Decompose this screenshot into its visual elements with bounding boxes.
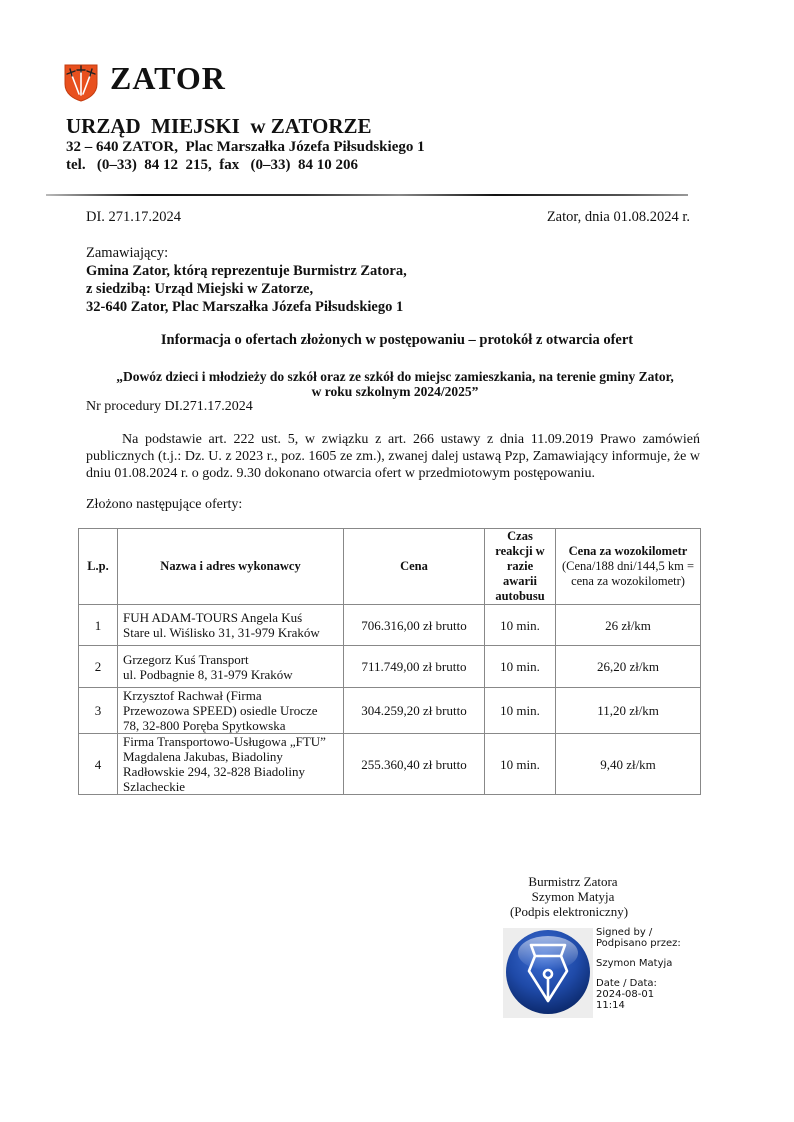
table-row: 1FUH ADAM-TOURS Angela KuśStare ul. Wiśl… bbox=[79, 605, 701, 646]
contractor-line: ul. Podbagnie 8, 31-979 Kraków bbox=[123, 667, 338, 682]
cell-contractor: Grzegorz Kuś Transportul. Podbagnie 8, 3… bbox=[118, 646, 344, 688]
contractor-line: Szlacheckie bbox=[123, 779, 338, 794]
office-phone: tel. (0–33) 84 12 215, fax (0–33) 84 10 … bbox=[66, 156, 358, 174]
header-price: Cena bbox=[344, 529, 485, 605]
paragraph-text: Na podstawie art. 222 ust. 5, w związku … bbox=[86, 431, 700, 482]
place-date: Zator, dnia 01.08.2024 r. bbox=[547, 209, 690, 226]
signed-by-label: Podpisano przez: bbox=[596, 938, 681, 949]
contractor-line: Krzysztof Rachwał (Firma bbox=[123, 688, 338, 703]
cell-price: 255.360,40 zł brutto bbox=[344, 734, 485, 795]
coat-of-arms-icon bbox=[64, 64, 98, 102]
signature-time: 11:14 bbox=[596, 1000, 681, 1011]
offers-submitted-label: Złożono następujące oferty: bbox=[86, 497, 242, 513]
buyer-block: Zamawiający: Gmina Zator, którą reprezen… bbox=[86, 244, 407, 316]
contractor-line: Grzegorz Kuś Transport bbox=[123, 652, 338, 667]
table-header-row: L.p. Nazwa i adres wykonawcy Cena Czas r… bbox=[79, 529, 701, 605]
header-price-per-km: Cena za wozokilometr (Cena/188 dni/144,5… bbox=[556, 529, 701, 605]
cell-price: 706.316,00 zł brutto bbox=[344, 605, 485, 646]
contractor-line: Przewozowa SPEED) osiedle Urocze bbox=[123, 703, 338, 718]
cell-reaction-time: 10 min. bbox=[485, 605, 556, 646]
cell-contractor: Firma Transportowo-Usługowa „FTU”Magdale… bbox=[118, 734, 344, 795]
signer-role: Burmistrz Zatora bbox=[508, 874, 638, 889]
offers-table: L.p. Nazwa i adres wykonawcy Cena Czas r… bbox=[78, 528, 701, 795]
cell-contractor: Krzysztof Rachwał (FirmaPrzewozowa SPEED… bbox=[118, 688, 344, 734]
contractor-line: FUH ADAM-TOURS Angela Kuś bbox=[123, 610, 338, 625]
buyer-line: z siedzibą: Urząd Miejski w Zatorze, bbox=[86, 280, 407, 298]
per-km-title: Cena za wozokilometr bbox=[569, 544, 688, 558]
date-label: Date / Data: bbox=[596, 978, 681, 989]
subject-line: „Dowóz dzieci i młodzieży do szkół oraz … bbox=[80, 369, 710, 384]
signature-date: 2024-08-01 bbox=[596, 989, 681, 1000]
contractor-line: Magdalena Jakubas, Biadoliny bbox=[123, 749, 338, 764]
reference-number: DI. 271.17.2024 bbox=[86, 209, 181, 226]
signature-note: (Podpis elektroniczny) bbox=[500, 904, 638, 919]
header-lp: L.p. bbox=[79, 529, 118, 605]
cell-price-per-km: 26 zł/km bbox=[556, 605, 701, 646]
contractor-line: Firma Transportowo-Usługowa „FTU” bbox=[123, 734, 338, 749]
header-contractor: Nazwa i adres wykonawcy bbox=[118, 529, 344, 605]
signature-details: Signed by / Podpisano przez: Szymon Maty… bbox=[596, 927, 681, 1011]
procedure-number: Nr procedury DI.271.17.2024 bbox=[86, 399, 253, 415]
signer-name: Szymon Matyja bbox=[508, 889, 638, 904]
cell-reaction-time: 10 min. bbox=[485, 688, 556, 734]
brand-name: ZATOR bbox=[110, 58, 226, 98]
signed-by-label: Signed by / bbox=[596, 927, 681, 938]
cell-reaction-time: 10 min. bbox=[485, 734, 556, 795]
per-km-note: (Cena/188 dni/144,5 km = cena za wozokil… bbox=[561, 559, 695, 589]
signer-block: Burmistrz Zatora Szymon Matyja (Podpis e… bbox=[508, 874, 638, 919]
contractor-line: 78, 32-800 Poręba Spytkowska bbox=[123, 718, 338, 733]
cell-price-per-km: 9,40 zł/km bbox=[556, 734, 701, 795]
office-name: URZĄD MIEJSKI w ZATORZE bbox=[66, 114, 372, 138]
cell-lp: 1 bbox=[79, 605, 118, 646]
cell-price: 304.259,20 zł brutto bbox=[344, 688, 485, 734]
fountain-pen-nib-icon bbox=[505, 929, 591, 1015]
contractor-line: Stare ul. Wiślisko 31, 31-979 Kraków bbox=[123, 625, 338, 640]
document-title: Informacja o ofertach złożonych w postęp… bbox=[0, 332, 794, 349]
header-reaction-time: Czas reakcji w razie awarii autobusu bbox=[485, 529, 556, 605]
cell-lp: 2 bbox=[79, 646, 118, 688]
office-address: 32 – 640 ZATOR, Plac Marszałka Józefa Pi… bbox=[66, 138, 425, 156]
signed-by-name: Szymon Matyja bbox=[596, 958, 681, 969]
buyer-line: Gmina Zator, którą reprezentuje Burmistr… bbox=[86, 262, 407, 280]
buyer-line: 32-640 Zator, Plac Marszałka Józefa Piłs… bbox=[86, 298, 407, 316]
contractor-line: Radłowskie 294, 32-828 Biadoliny bbox=[123, 764, 338, 779]
cell-reaction-time: 10 min. bbox=[485, 646, 556, 688]
cell-price: 711.749,00 zł brutto bbox=[344, 646, 485, 688]
legal-basis-paragraph: Na podstawie art. 222 ust. 5, w związku … bbox=[86, 431, 700, 482]
table-row: 2Grzegorz Kuś Transportul. Podbagnie 8, … bbox=[79, 646, 701, 688]
table-row: 3Krzysztof Rachwał (FirmaPrzewozowa SPEE… bbox=[79, 688, 701, 734]
cell-price-per-km: 26,20 zł/km bbox=[556, 646, 701, 688]
buyer-label: Zamawiający: bbox=[86, 244, 407, 262]
table-row: 4Firma Transportowo-Usługowa „FTU”Magdal… bbox=[79, 734, 701, 795]
cell-price-per-km: 11,20 zł/km bbox=[556, 688, 701, 734]
cell-lp: 4 bbox=[79, 734, 118, 795]
header-divider bbox=[46, 194, 688, 196]
cell-lp: 3 bbox=[79, 688, 118, 734]
procurement-subject: „Dowóz dzieci i młodzieży do szkół oraz … bbox=[80, 369, 710, 399]
cell-contractor: FUH ADAM-TOURS Angela KuśStare ul. Wiśli… bbox=[118, 605, 344, 646]
subject-line: w roku szkolnym 2024/2025” bbox=[80, 384, 710, 399]
